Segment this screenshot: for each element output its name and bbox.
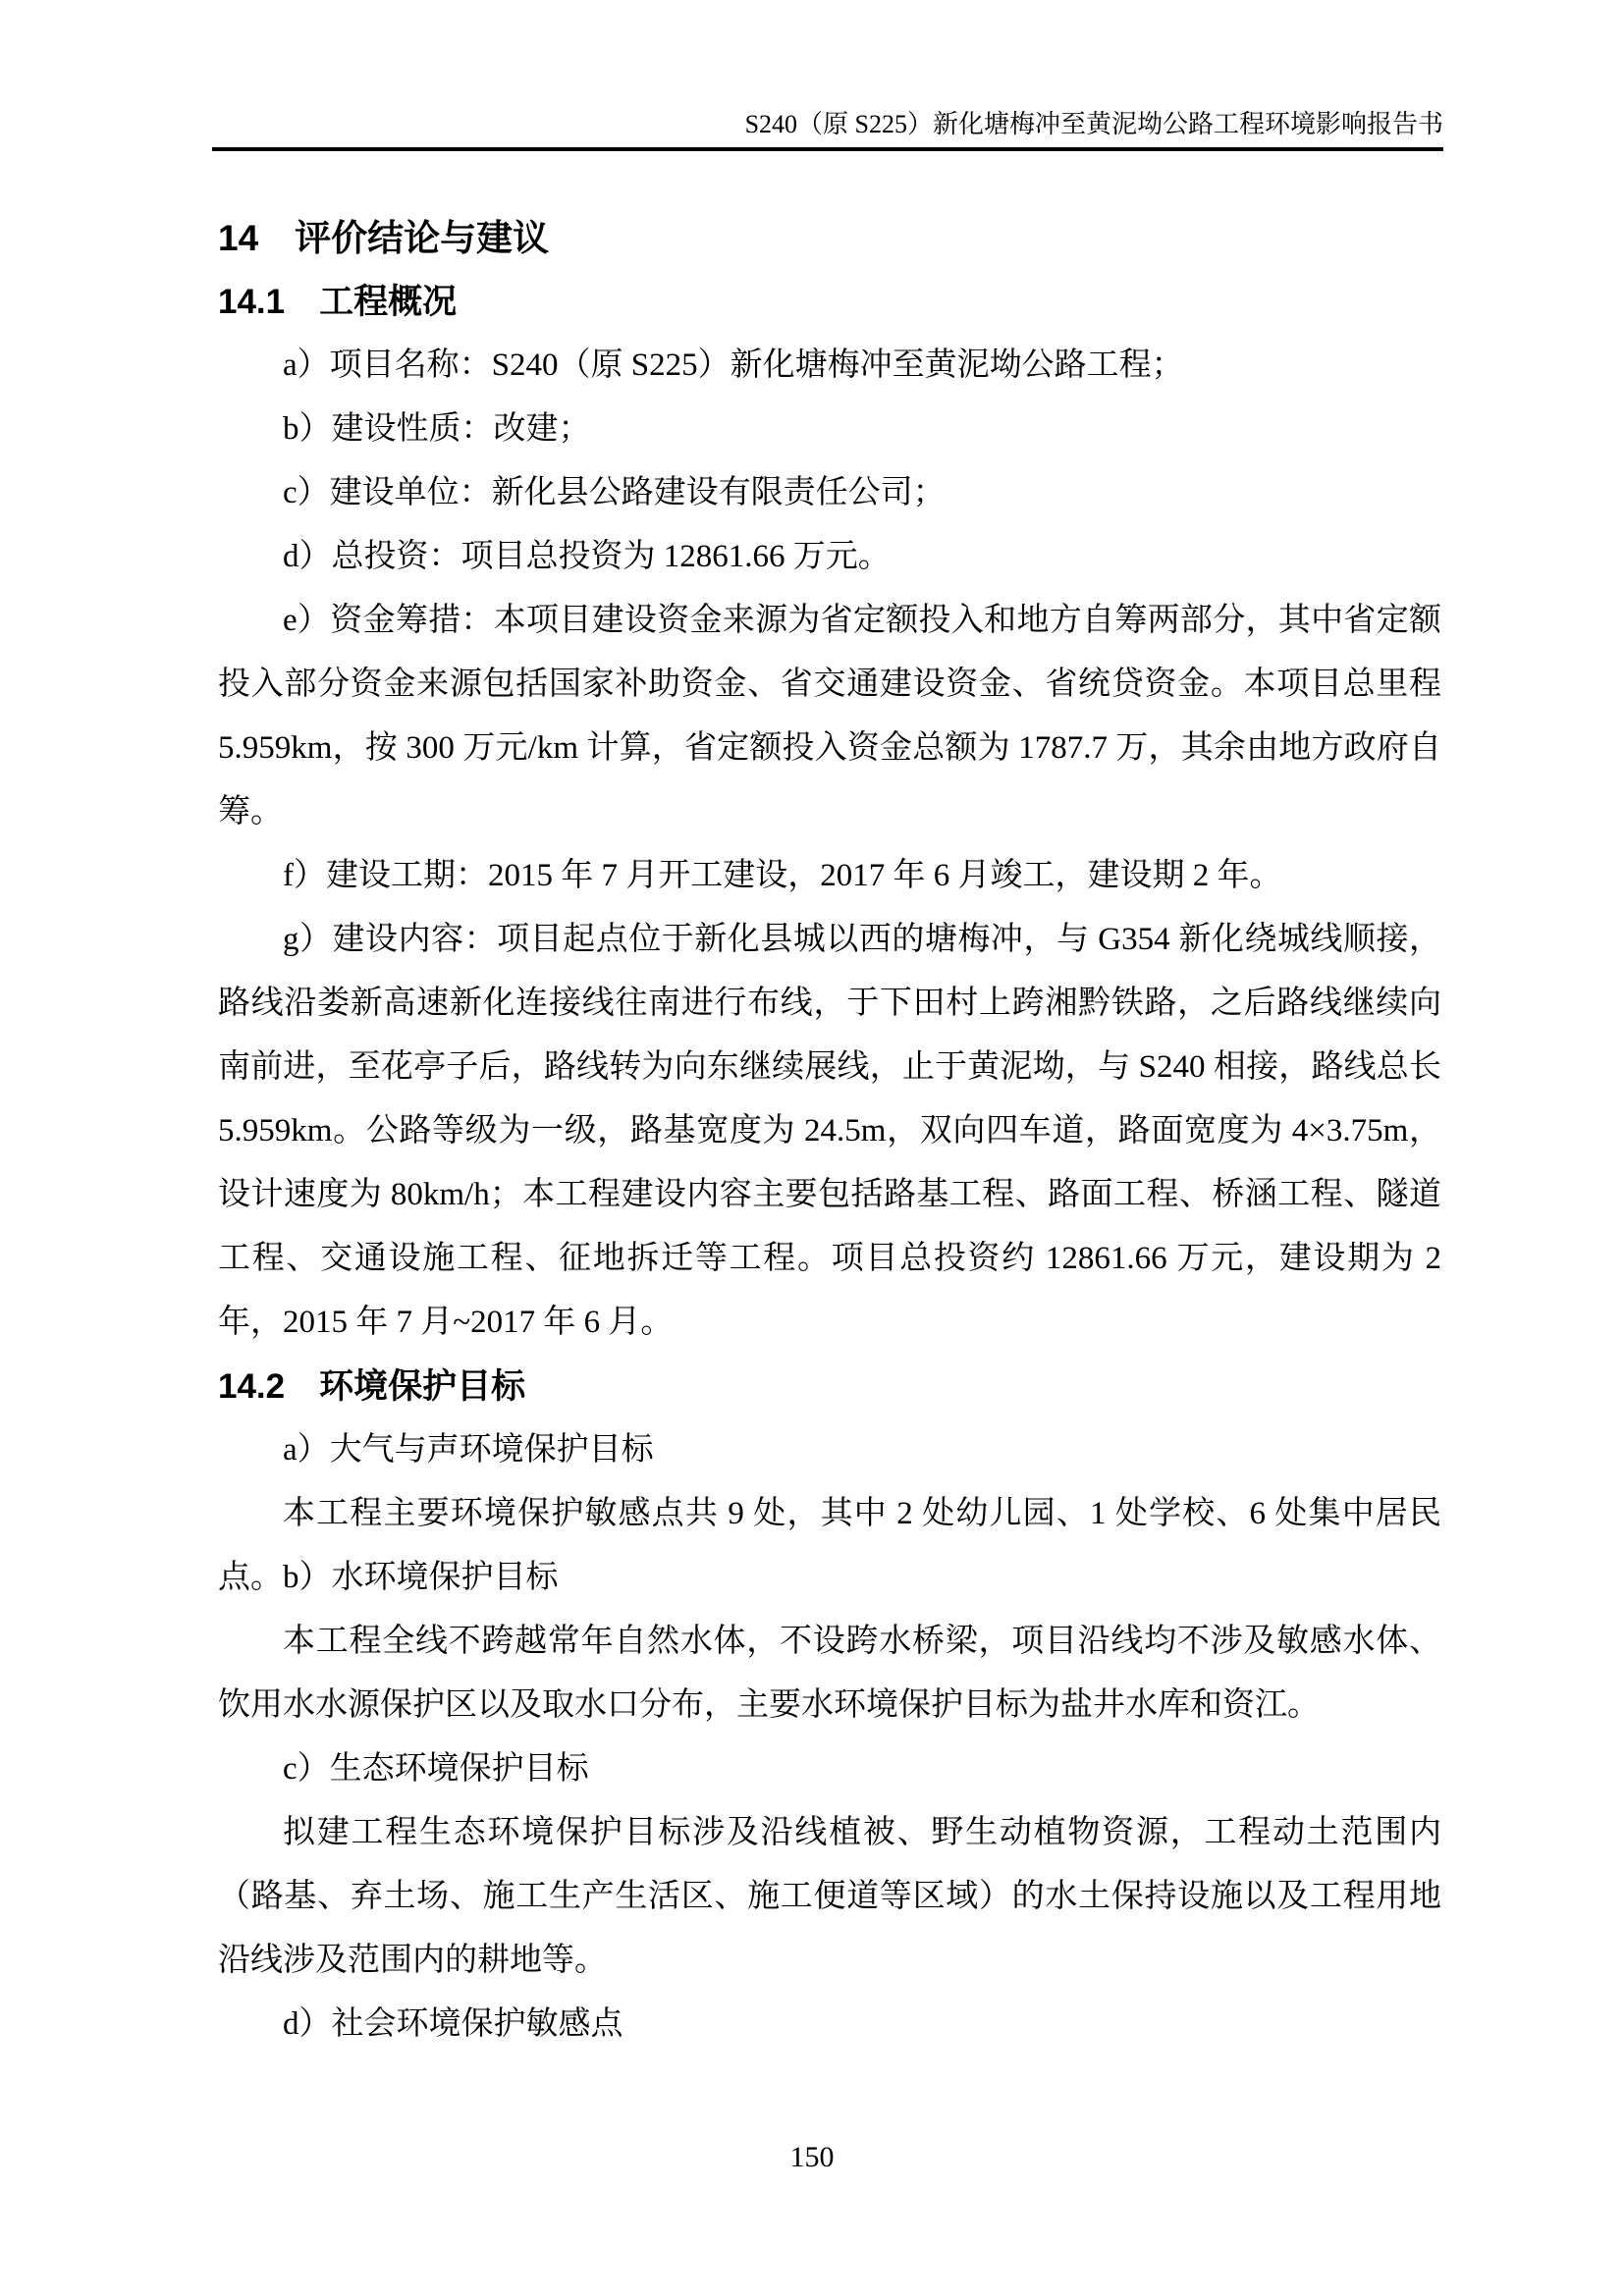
header-rule-divider bbox=[212, 147, 1443, 151]
section-14-1-item-g: g）建设内容：项目起点位于新化县城以西的塘梅冲，与 G354 新化绕城线顺接，路… bbox=[218, 908, 1441, 1355]
section-14-1-item-f: f）建设工期：2015 年 7 月开工建设，2017 年 6 月竣工，建设期 2… bbox=[218, 844, 1441, 908]
section-14-2-heading: 14.2 环境保护目标 bbox=[218, 1355, 1441, 1418]
page-number: 150 bbox=[0, 2140, 1624, 2175]
section-14-1-item-d: d）总投资：项目总投资为 12861.66 万元。 bbox=[218, 525, 1441, 589]
chapter-14-heading: 14 评价结论与建议 bbox=[218, 206, 1441, 270]
section-14-1-item-a: a）项目名称：S240（原 S225）新化塘梅冲至黄泥坳公路工程； bbox=[218, 334, 1441, 398]
section-14-2-item-b-title: b）水环境保护目标 bbox=[218, 1546, 1441, 1610]
section-14-2-item-c-body: 拟建工程生态环境保护目标涉及沿线植被、野生动植物资源，工程动土范围内（路基、弃土… bbox=[218, 1801, 1441, 1993]
section-14-2-item-d-title: d）社会环境保护敏感点 bbox=[218, 1993, 1441, 2056]
section-14-1-heading: 14.1 工程概况 bbox=[218, 270, 1441, 334]
section-14-1-item-c: c）建设单位：新化县公路建设有限责任公司； bbox=[218, 461, 1441, 525]
section-14-1-item-b: b）建设性质：改建； bbox=[218, 398, 1441, 461]
section-14-2-item-a-title: a）大气与声环境保护目标 bbox=[218, 1418, 1441, 1482]
section-14-1-item-e: e）资金筹措：本项目建设资金来源为省定额投入和地方自筹两部分，其中省定额投入部分… bbox=[218, 589, 1441, 844]
report-header-title: S240（原 S225）新化塘梅冲至黄泥坳公路工程环境影响报告书 bbox=[212, 108, 1443, 141]
section-14-2-item-b-body: 本工程全线不跨越常年自然水体，不设跨水桥梁，项目沿线均不涉及敏感水体、饮用水水源… bbox=[218, 1610, 1441, 1737]
section-14-2-item-c-title: c）生态环境保护目标 bbox=[218, 1737, 1441, 1801]
